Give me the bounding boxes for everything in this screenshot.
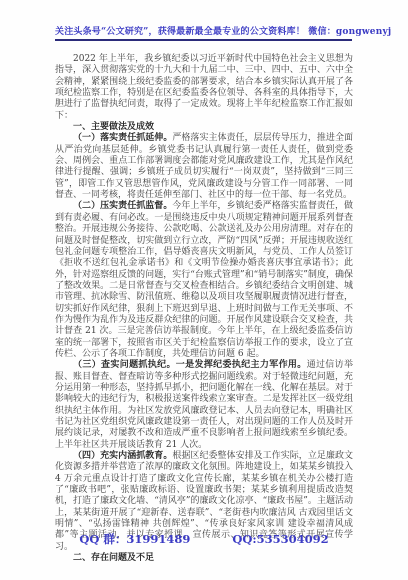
paragraph-lead: （二）压实责任抓监督。	[73, 201, 172, 211]
contact-footer: QQ 群：31991489QQ:535304092	[0, 531, 408, 547]
paragraph-text: 今年上半年，乡镇纪委严格落实监督责任，做到有责必履、有问必改。一是围绕违反中央八…	[55, 201, 353, 358]
paragraph-text: 2022 年上半年，我乡镇纪委以习近平新时代中国特色社会主义思想为指导，深入贯彻…	[55, 54, 353, 121]
qq-group-text: QQ 群：31991489	[79, 532, 190, 546]
section-heading-problems: 二、存在问题及不足	[55, 553, 353, 564]
paragraph-lead: （一）落实责任抓延伸。	[73, 133, 172, 143]
qq-text: QQ:535304092	[232, 532, 328, 546]
promo-header-banner: 关注头条号“公文研究”，获得最新最全最专业的公文资料库！ 微信：gongweny…	[55, 24, 352, 41]
paragraph-lead: （三）查实问题抓执纪。一是发挥纪委执纪主力军作用。	[73, 360, 307, 370]
section-heading-main-practices: 一、主要做法及成效	[55, 122, 353, 133]
paragraph-text: 通过信访举报、账目督查、督查暗访等多种形式挖掘问题线索。对于轻微违纪问题，充分运…	[55, 360, 353, 449]
paragraph-intro: 2022 年上半年，我乡镇纪委以习近平新时代中国特色社会主义思想为指导，深入贯彻…	[55, 54, 353, 122]
document-page: 关注头条号“公文研究”，获得最新最全最专业的公文资料库！ 微信：gongweny…	[0, 0, 408, 580]
document-body: 2022 年上半年，我乡镇纪委以习近平新时代中国特色社会主义思想为指导，深入贯彻…	[55, 54, 353, 564]
paragraph-lead: （四）充实内涵抓教育。	[73, 451, 172, 461]
paragraph-responsibility-extension: （一）落实责任抓延伸。严格落实主体责任，层层传导压力，推进全面从严治党向基层延伸…	[55, 133, 353, 201]
paragraph-supervision: （二）压实责任抓监督。今年上半年，乡镇纪委严格落实监督责任，做到有责必履、有问必…	[55, 201, 353, 360]
paragraph-discipline-enforcement: （三）查实问题抓执纪。一是发挥纪委执纪主力军作用。通过信访举报、账目督查、督查暗…	[55, 360, 353, 451]
paragraph-text: 严格落实主体责任，层层传导压力，推进全面从严治党向基层延伸。乡镇党委书记认真履行…	[55, 133, 353, 200]
promo-header-text: 关注头条号“公文研究”，获得最新最全最专业的公文资料库！ 微信：gongweny…	[55, 27, 391, 37]
